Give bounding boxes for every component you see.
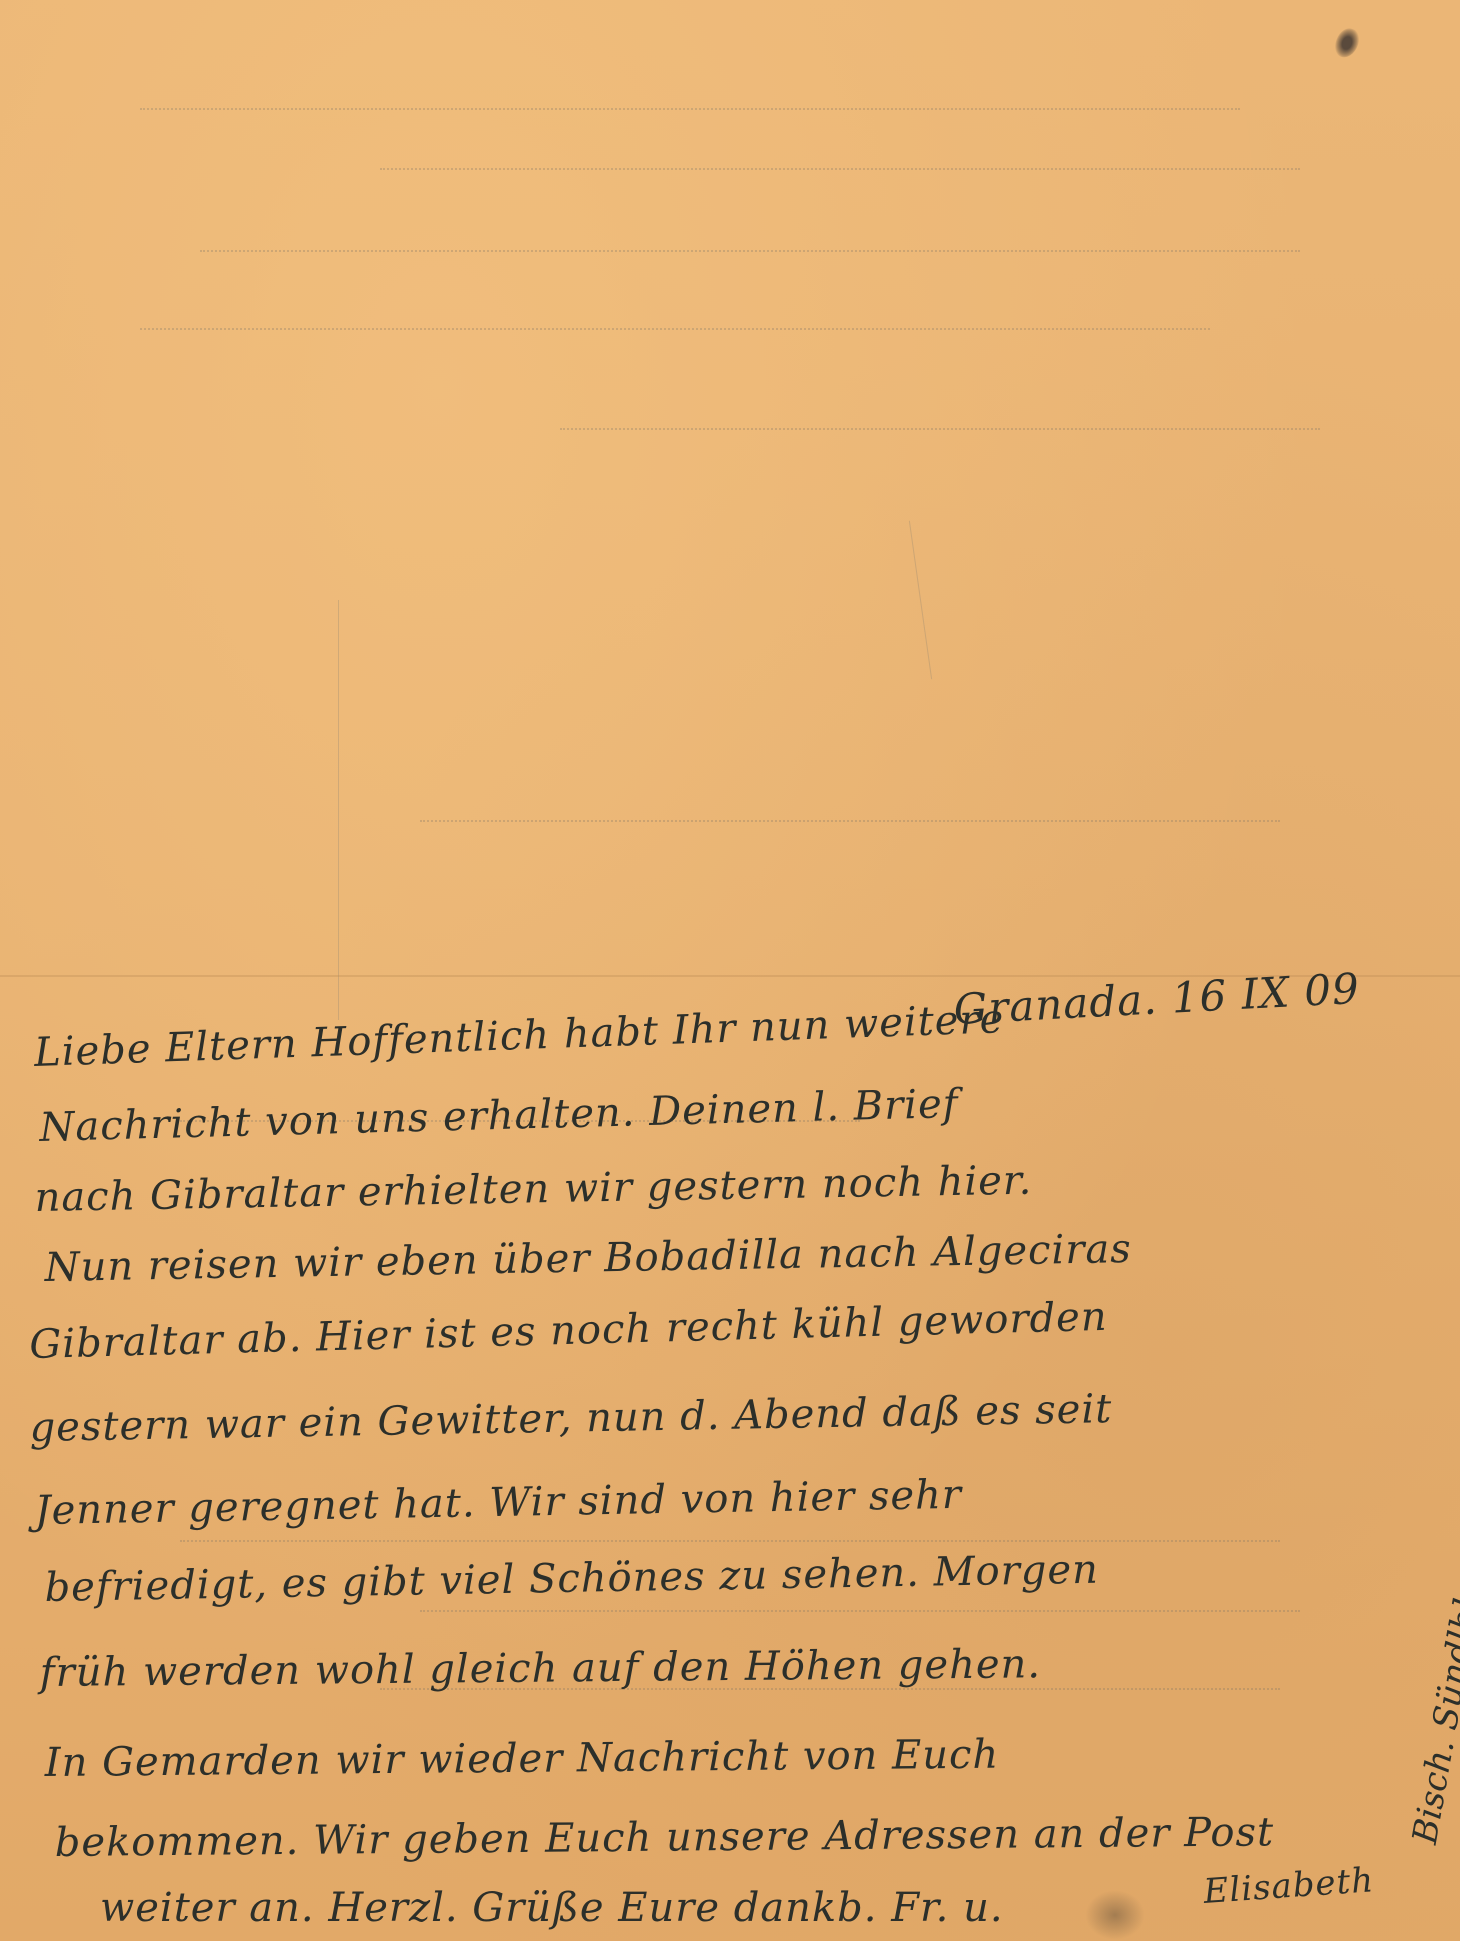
printed-line — [420, 820, 1280, 822]
paper-crease — [909, 521, 932, 680]
signature: Elisabeth — [1202, 1860, 1375, 1912]
letter-line: Liebe Eltern Hoffentlich habt Ihr nun we… — [33, 996, 1005, 1076]
ink-stain — [1332, 25, 1363, 61]
letter-line: Jenner geregnet hat. Wir sind von hier s… — [34, 1472, 962, 1534]
printed-line — [380, 168, 1300, 170]
letter-line: gestern war ein Gewitter, nun d. Abend d… — [29, 1386, 1112, 1451]
margin-note: Bisch. Sündlblatt Max für Professorenamt — [1405, 1126, 1460, 1847]
letter-line: früh werden wohl gleich auf den Höhen ge… — [40, 1641, 1042, 1696]
printed-line — [180, 1540, 1280, 1542]
letter-line: Gibraltar ab. Hier ist es noch recht küh… — [29, 1294, 1108, 1368]
printed-line — [420, 1610, 1300, 1612]
printed-line — [200, 250, 1300, 252]
letter-line: befriedigt, es gibt viel Schönes zu sehe… — [44, 1547, 1099, 1611]
letter-line: bekommen. Wir geben Euch unsere Adressen… — [55, 1809, 1275, 1866]
printed-line — [140, 328, 1210, 330]
letter-line: weiter an. Herzl. Grüße Eure dankb. Fr. … — [100, 1885, 1004, 1931]
postcard: Granada. 16 IX 09 Liebe Eltern Hoffentli… — [0, 0, 1460, 1941]
printed-line — [560, 428, 1320, 430]
letter-line: Nun reisen wir eben über Bobadilla nach … — [44, 1226, 1132, 1291]
letter-line: In Gemarden wir wieder Nachricht von Euc… — [45, 1732, 1000, 1786]
ink-smudge — [1085, 1890, 1145, 1940]
letter-line: Nachricht von uns erhalten. Deinen l. Br… — [39, 1081, 959, 1151]
paper-crease — [338, 600, 339, 1020]
printed-line — [140, 108, 1240, 110]
letter-line: nach Gibraltar erhielten wir gestern noc… — [34, 1158, 1032, 1221]
